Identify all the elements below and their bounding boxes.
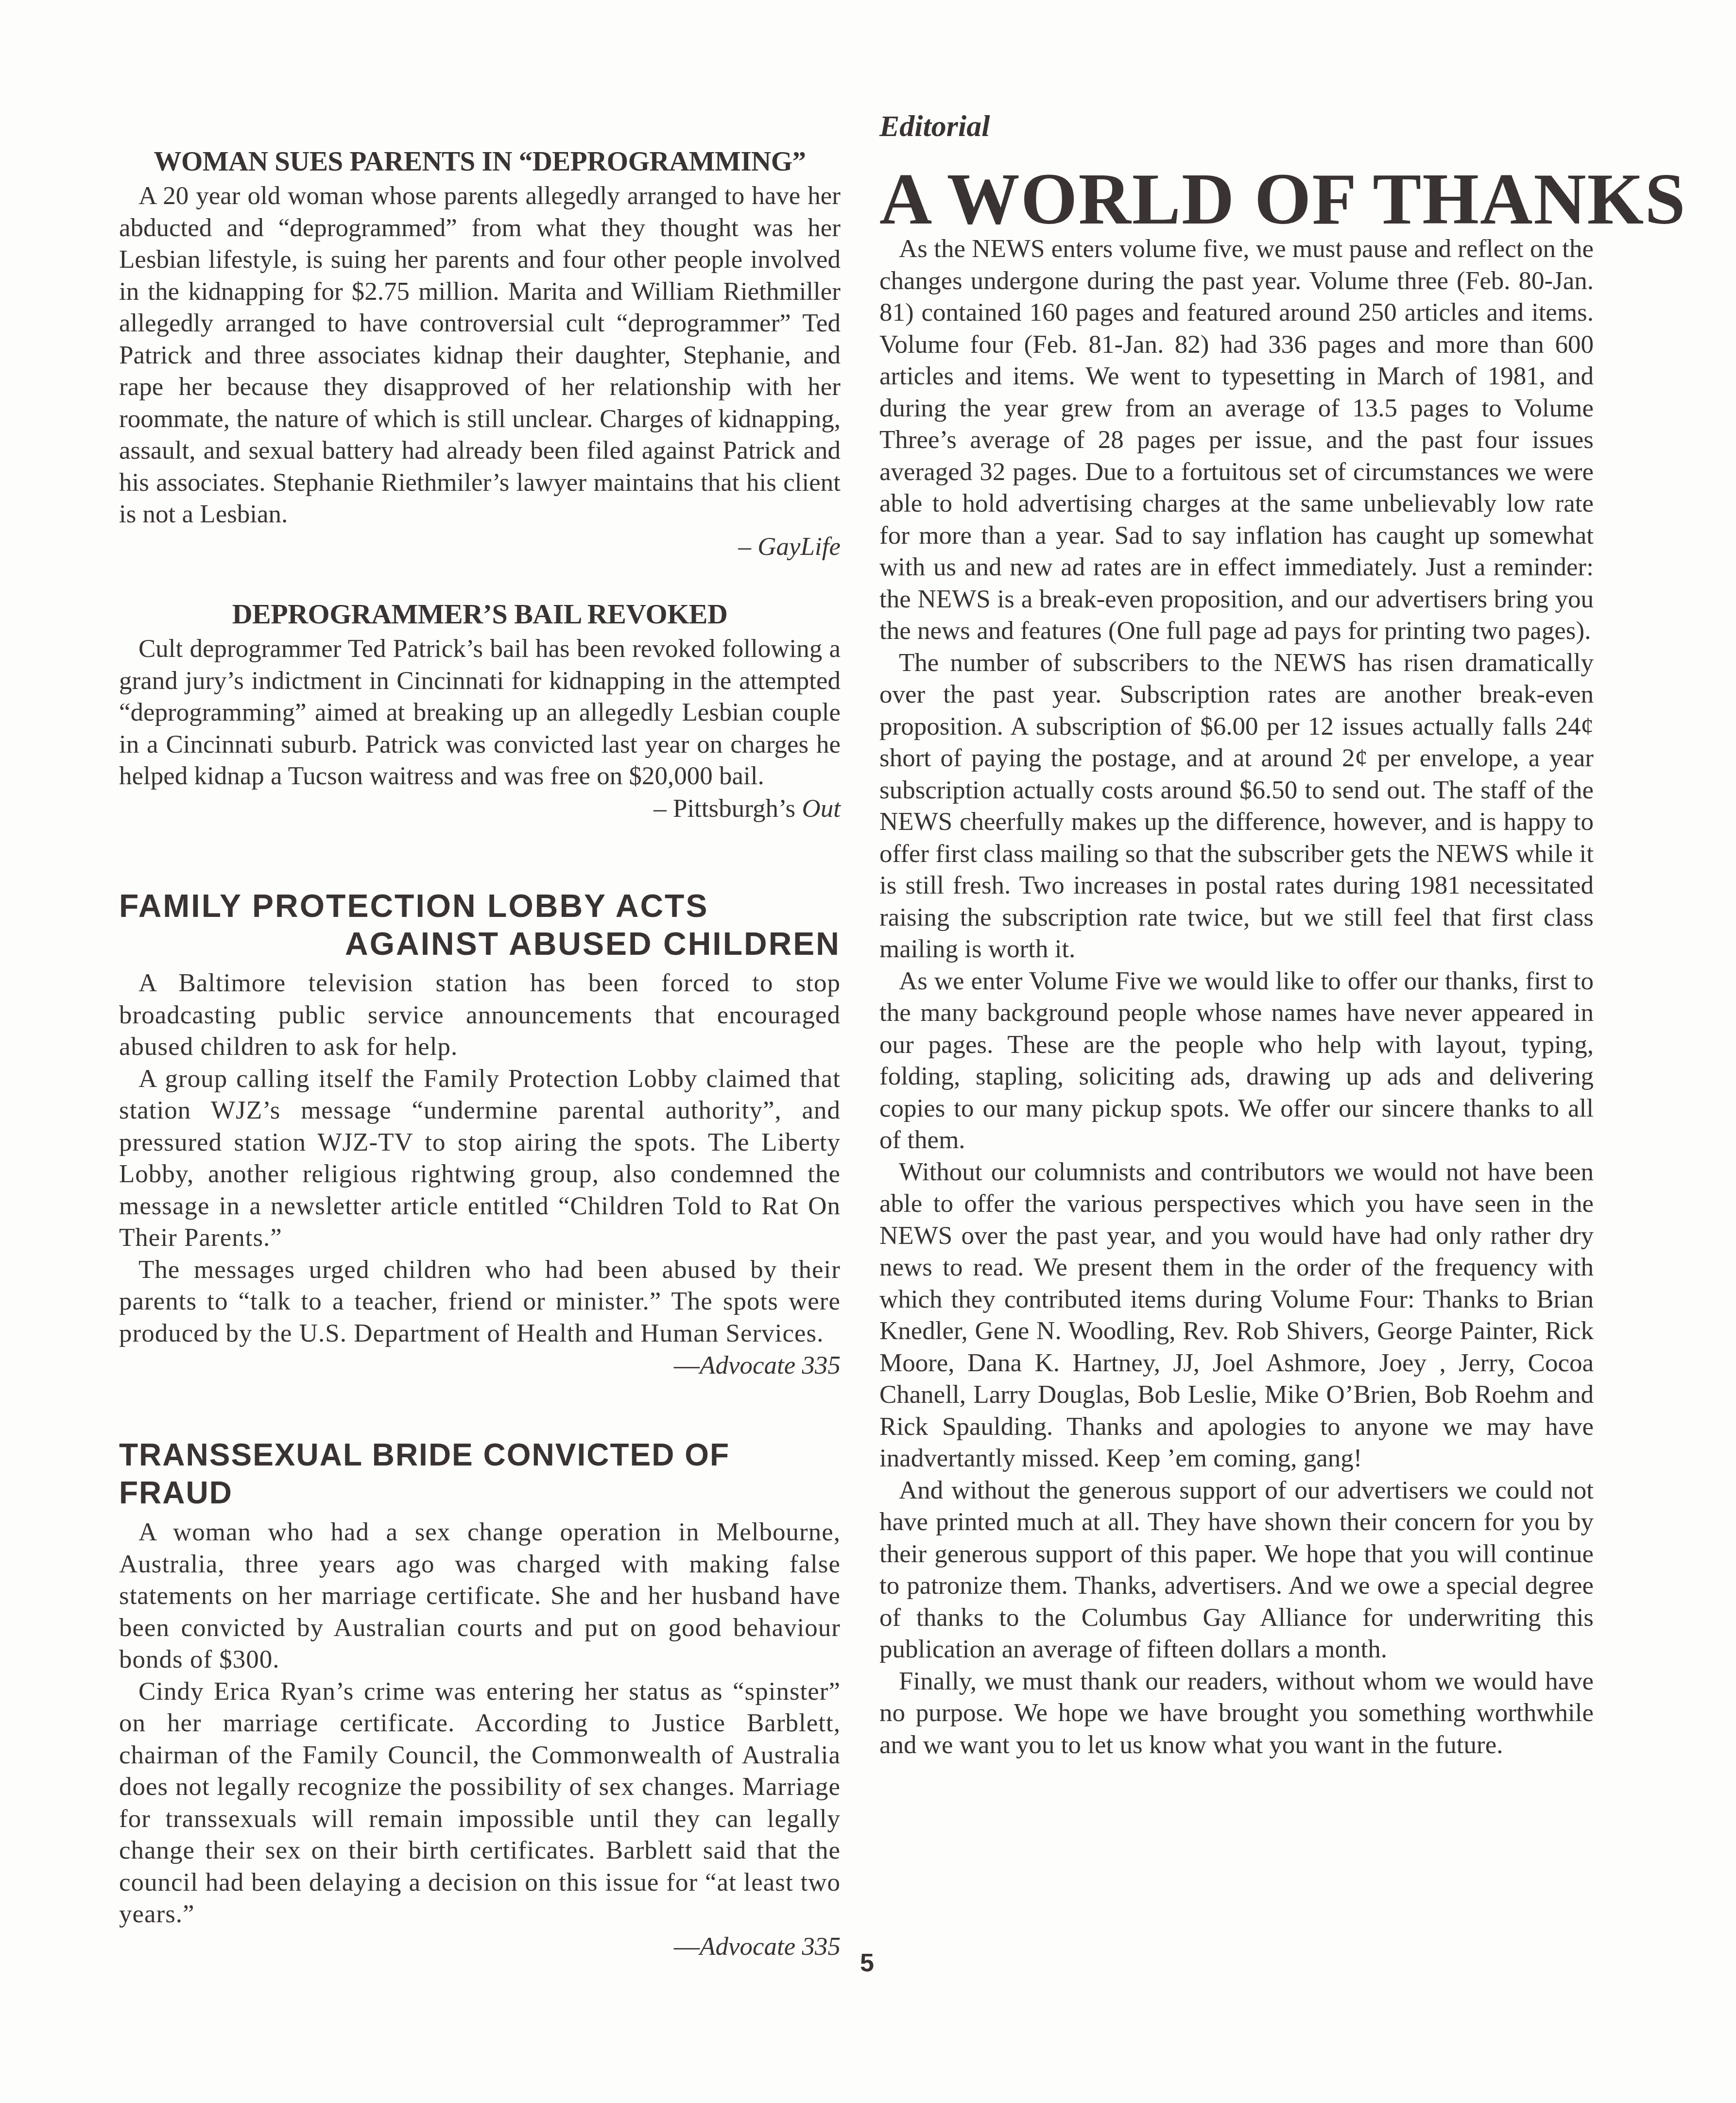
article-bail-revoked: DEPROGRAMMER’S BAIL REVOKED Cult deprogr… [119, 598, 841, 825]
article-headline-line2: AGAINST ABUSED CHILDREN [119, 925, 841, 963]
source-name: Advocate 335 [700, 1351, 841, 1379]
article-credit: —Advocate 335 [119, 1931, 841, 1963]
article-paragraph: Cindy Erica Ryan’s crime was entering he… [119, 1676, 841, 1931]
article-transsexual-bride: TRANSSEXUAL BRIDE CONVICTED OF FRAUD A w… [119, 1436, 841, 1963]
article-credit: – GayLife [119, 531, 841, 563]
article-headline: WOMAN SUES PARENTS IN “DEPROGRAMMING” [119, 146, 841, 177]
editorial-title: A WORLD OF THANKS [879, 160, 1686, 238]
article-paragraph: The messages urged children who had been… [119, 1254, 841, 1350]
editorial-body: As the NEWS enters volume five, we must … [879, 233, 1594, 1761]
source-name: Out [802, 794, 841, 823]
article-woman-sues-parents: WOMAN SUES PARENTS IN “DEPROGRAMMING” A … [119, 146, 841, 563]
source-name: GayLife [757, 533, 841, 561]
article-paragraph: A woman who had a sex change operation i… [119, 1517, 841, 1676]
editorial-paragraph: As the NEWS enters volume five, we must … [879, 233, 1594, 647]
article-paragraph: Cult deprogrammer Ted Patrick’s bail has… [119, 633, 841, 793]
article-credit: – Pittsburgh’s Out [119, 793, 841, 825]
article-family-protection-lobby: FAMILY PROTECTION LOBBY ACTS AGAINST ABU… [119, 887, 841, 1381]
article-credit: —Advocate 335 [119, 1349, 841, 1381]
editorial-paragraph: Without our columnists and contributors … [879, 1156, 1594, 1475]
article-headline: TRANSSEXUAL BRIDE CONVICTED OF FRAUD [119, 1436, 841, 1512]
editorial-paragraph: The number of subscribers to the NEWS ha… [879, 647, 1594, 965]
editorial-paragraph: And without the generous support of our … [879, 1475, 1594, 1666]
page-number: 5 [860, 1948, 874, 1978]
editorial-paragraph: As we enter Volume Five we would like to… [879, 965, 1594, 1156]
article-paragraph: A group calling itself the Family Protec… [119, 1063, 841, 1254]
article-paragraph: A 20 year old woman whose parents allege… [119, 180, 841, 531]
newspaper-page: WOMAN SUES PARENTS IN “DEPROGRAMMING” A … [0, 0, 1736, 2103]
article-headline-line1: FAMILY PROTECTION LOBBY ACTS [119, 887, 841, 925]
article-headline: DEPROGRAMMER’S BAIL REVOKED [119, 598, 841, 630]
article-paragraph: A Baltimore television station has been … [119, 967, 841, 1063]
source-name: Advocate 335 [700, 1932, 841, 1961]
section-kicker: Editorial [879, 109, 990, 144]
editorial-paragraph: Finally, we must thank our readers, with… [879, 1666, 1594, 1761]
